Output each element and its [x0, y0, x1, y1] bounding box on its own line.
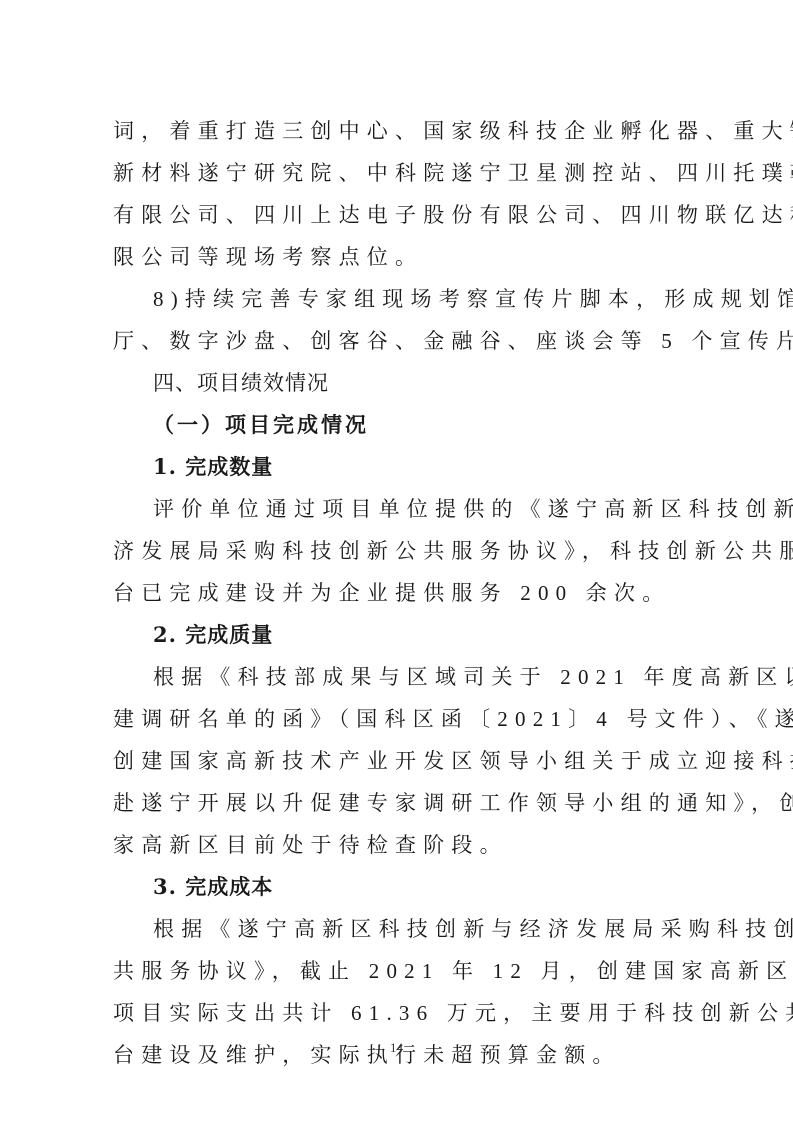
quality-heading: 2. 完成质量 [113, 614, 687, 656]
text-line: 项目实际支出共计 61.36 万元，主要用于科技创新公共服务平 [113, 992, 687, 1034]
text-line: 建调研名单的函》（国科区函〔2021〕4 号文件）、《遂宁市 [113, 698, 687, 740]
page-number: 14 [0, 1040, 793, 1056]
cost-heading: 3. 完成成本 [113, 866, 687, 908]
quantity-heading: 1. 完成数量 [113, 446, 687, 488]
paragraph-quality: 根据《科技部成果与区域司关于 2021 年度高新区以升促 建调研名单的函》（国科… [113, 656, 687, 866]
text-line: 限公司等现场考察点位。 [113, 236, 687, 278]
paragraph-item-8: 8)持续完善专家组现场考察宣传片脚本，形成规划馆序 厅、数字沙盘、创客谷、金融谷… [113, 278, 687, 362]
page-body: 词，着重打造三创中心、国家级科技企业孵化器、重大锂电及 新材料遂宁研究院、中科院… [113, 110, 687, 1076]
text-line: 济发展局采购科技创新公共服务协议》，科技创新公共服务平 [113, 530, 687, 572]
text-line: 家高新区目前处于待检查阶段。 [113, 824, 687, 866]
text-line: 厅、数字沙盘、创客谷、金融谷、座谈会等 5 个宣传片。 [113, 320, 687, 362]
section-heading: 四、项目绩效情况 [113, 362, 687, 404]
text-line: 评价单位通过项目单位提供的《遂宁高新区科技创新与经 [113, 488, 687, 530]
subsection-heading: （一）项目完成情况 [113, 404, 687, 446]
text-line: 根据《科技部成果与区域司关于 2021 年度高新区以升促 [113, 656, 687, 698]
text-line: 根据《遂宁高新区科技创新与经济发展局采购科技创新公 [113, 908, 687, 950]
text-line: 创建国家高新技术产业开发区领导小组关于成立迎接科技部 [113, 740, 687, 782]
text-line: 共服务协议》，截止 2021 年 12 月，创建国家高新区工作经费 [113, 950, 687, 992]
text-line: 词，着重打造三创中心、国家级科技企业孵化器、重大锂电及 [113, 110, 687, 152]
text-line: 台已完成建设并为企业提供服务 200 余次。 [113, 572, 687, 614]
text-line: 赴遂宁开展以升促建专家调研工作领导小组的通知》，创建国 [113, 782, 687, 824]
paragraph-quantity: 评价单位通过项目单位提供的《遂宁高新区科技创新与经 济发展局采购科技创新公共服务… [113, 488, 687, 614]
text-line: 8)持续完善专家组现场考察宣传片脚本，形成规划馆序 [113, 278, 687, 320]
paragraph-continuation: 词，着重打造三创中心、国家级科技企业孵化器、重大锂电及 新材料遂宁研究院、中科院… [113, 110, 687, 278]
text-line: 有限公司、四川上达电子股份有限公司、四川物联亿达科技有 [113, 194, 687, 236]
document-page: 词，着重打造三创中心、国家级科技企业孵化器、重大锂电及 新材料遂宁研究院、中科院… [0, 0, 793, 1122]
text-line: 新材料遂宁研究院、中科院遂宁卫星测控站、四川托璞勒科技 [113, 152, 687, 194]
